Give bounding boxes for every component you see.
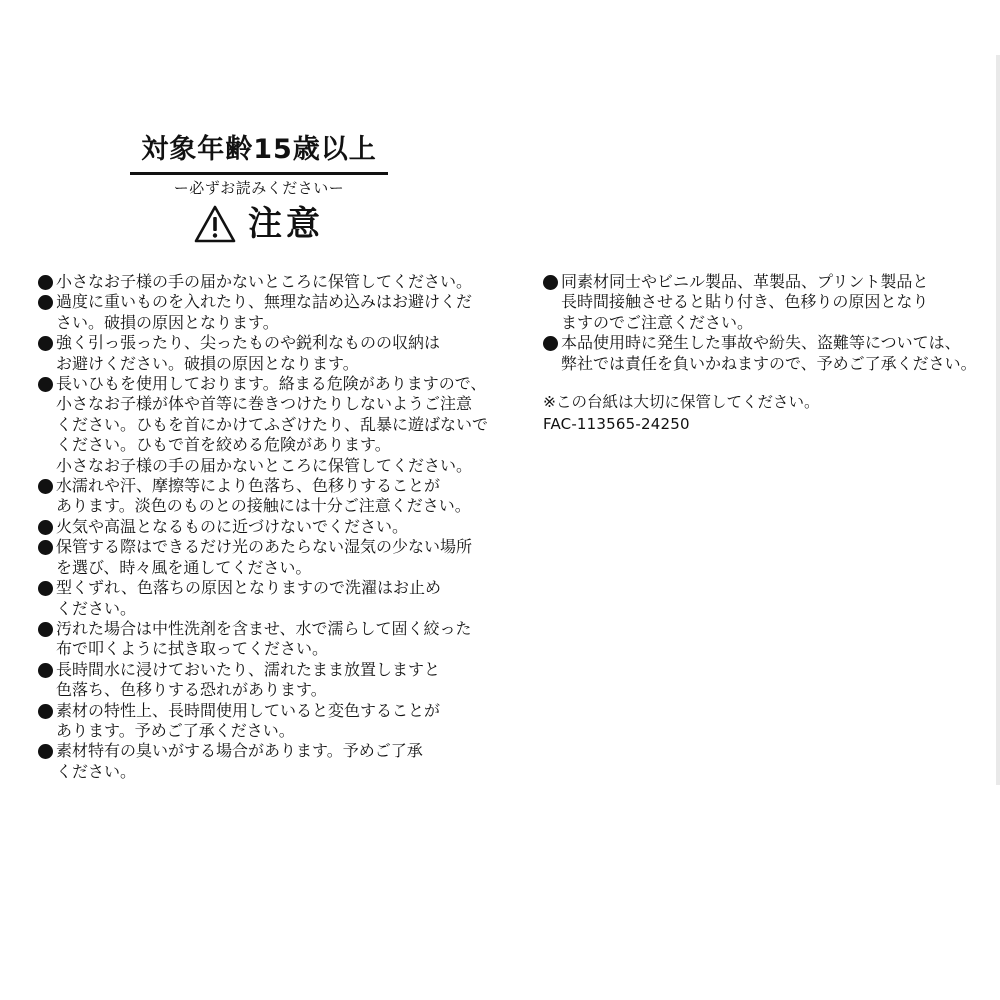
caution-heading: 注意	[130, 203, 388, 245]
precaution-text-line: 小さなお子様の手の届かないところに保管してください。	[56, 272, 498, 292]
precautions-left-column: 小さなお子様の手の届かないところに保管してください。過度に重いものを入れたり、無…	[38, 272, 498, 782]
precaution-text-line: 素材特有の臭いがする場合があります。予めご了承	[56, 741, 498, 761]
warning-triangle-icon	[194, 205, 236, 243]
bullet-icon	[38, 663, 53, 678]
precaution-item: 過度に重いものを入れたり、無理な詰め込みはお避けください。破損の原因となります。	[38, 292, 498, 333]
precaution-item: 型くずれ、色落ちの原因となりますので洗濯はお止めください。	[38, 578, 498, 619]
precaution-item: 素材特有の臭いがする場合があります。予めご了承ください。	[38, 741, 498, 782]
precaution-text-line: 型くずれ、色落ちの原因となりますので洗濯はお止め	[56, 578, 498, 598]
precaution-text-line: 火気や高温となるものに近づけないでください。	[56, 517, 498, 537]
bullet-icon	[543, 275, 558, 290]
read-carefully-note: ー必ずお読みくださいー	[130, 177, 388, 199]
bullet-icon	[543, 336, 558, 351]
precaution-item: 長時間水に浸けておいたり、濡れたまま放置しますと色落ち、色移りする恐れがあります…	[38, 660, 498, 701]
bullet-icon	[38, 520, 53, 535]
precaution-text-line: 同素材同士やビニル製品、革製品、プリント製品と	[561, 272, 998, 292]
precaution-text-line: 水濡れや汗、摩擦等により色落ち、色移りすることが	[56, 476, 498, 496]
bullet-icon	[38, 479, 53, 494]
precaution-text-line: 長いひもを使用しております。絡まる危険がありますので、	[56, 374, 498, 394]
precaution-text-line: 長時間接触させると貼り付き、色移りの原因となり	[561, 292, 998, 312]
precaution-text-line: 素材の特性上、長時間使用していると変色することが	[56, 701, 498, 721]
precaution-text-line: 弊社では責任を負いかねますので、予めご了承ください。	[561, 354, 998, 374]
age-requirement-title: 対象年齢15歳以上	[130, 132, 388, 175]
precaution-item: 同素材同士やビニル製品、革製品、プリント製品と長時間接触させると貼り付き、色移り…	[543, 272, 998, 333]
precaution-text-line: ください。ひもを首にかけてふざけたり、乱暴に遊ばないで	[56, 415, 498, 435]
precaution-item: 長いひもを使用しております。絡まる危険がありますので、小さなお子様が体や首等に巻…	[38, 374, 498, 476]
bullet-icon	[38, 744, 53, 759]
precaution-text-line: 強く引っ張ったり、尖ったものや鋭利なものの収納は	[56, 333, 498, 353]
precaution-text-line: 小さなお子様が体や首等に巻きつけたりしないようご注意	[56, 394, 498, 414]
caution-label: 注意	[248, 203, 324, 245]
bullet-icon	[38, 336, 53, 351]
precaution-item: 強く引っ張ったり、尖ったものや鋭利なものの収納はお避けください。破損の原因となり…	[38, 333, 498, 374]
precaution-text-line: 長時間水に浸けておいたり、濡れたまま放置しますと	[56, 660, 498, 680]
bullet-icon	[38, 275, 53, 290]
precaution-text-line: 保管する際はできるだけ光のあたらない湿気の少ない場所	[56, 537, 498, 557]
precaution-text-line: 色落ち、色移りする恐れがあります。	[56, 680, 498, 700]
precaution-text-line: 汚れた場合は中性洗剤を含ませ、水で濡らして固く絞った	[56, 619, 498, 639]
keep-card-footnote: ※この台紙は大切に保管してください。	[543, 392, 998, 413]
precaution-text-line: ください。	[56, 762, 498, 782]
precautions-right-column: 同素材同士やビニル製品、革製品、プリント製品と長時間接触させると貼り付き、色移り…	[543, 272, 998, 435]
precaution-text-line: あります。予めご了承ください。	[56, 721, 498, 741]
precaution-item: 本品使用時に発生した事故や紛失、盗難等については、弊社では責任を負いかねますので…	[543, 333, 998, 374]
precaution-item: 素材の特性上、長時間使用していると変色することがあります。予めご了承ください。	[38, 701, 498, 742]
precaution-text-line: ください。ひもで首を絞める危険があります。	[56, 435, 498, 455]
notice-header: 対象年齢15歳以上 ー必ずお読みくださいー 注意	[130, 132, 388, 245]
precaution-item: 火気や高温となるものに近づけないでください。	[38, 517, 498, 537]
bullet-icon	[38, 704, 53, 719]
precaution-text-line: を選び、時々風を通してください。	[56, 558, 498, 578]
precaution-text-line: お避けください。破損の原因となります。	[56, 354, 498, 374]
precaution-item: 汚れた場合は中性洗剤を含ませ、水で濡らして固く絞った布で叩くように拭き取ってくだ…	[38, 619, 498, 660]
precaution-text-line: 本品使用時に発生した事故や紛失、盗難等については、	[561, 333, 998, 353]
bullet-icon	[38, 540, 53, 555]
precaution-text-line: あります。淡色のものとの接触には十分ご注意ください。	[56, 496, 498, 516]
product-code: FAC-113565-24250	[543, 413, 998, 435]
precaution-item: 水濡れや汗、摩擦等により色落ち、色移りすることがあります。淡色のものとの接触には…	[38, 476, 498, 517]
precaution-text-line: ください。	[56, 599, 498, 619]
precaution-text-line: ますのでご注意ください。	[561, 313, 998, 333]
precaution-text-line: 過度に重いものを入れたり、無理な詰め込みはお避けくだ	[56, 292, 498, 312]
bullet-icon	[38, 581, 53, 596]
bullet-icon	[38, 295, 53, 310]
precaution-item: 小さなお子様の手の届かないところに保管してください。	[38, 272, 498, 292]
precaution-text-line: さい。破損の原因となります。	[56, 313, 498, 333]
bullet-icon	[38, 377, 53, 392]
precaution-text-line: 布で叩くように拭き取ってください。	[56, 639, 498, 659]
precaution-item: 保管する際はできるだけ光のあたらない湿気の少ない場所を選び、時々風を通してくださ…	[38, 537, 498, 578]
precaution-text-line: 小さなお子様の手の届かないところに保管してください。	[56, 456, 498, 476]
bullet-icon	[38, 622, 53, 637]
